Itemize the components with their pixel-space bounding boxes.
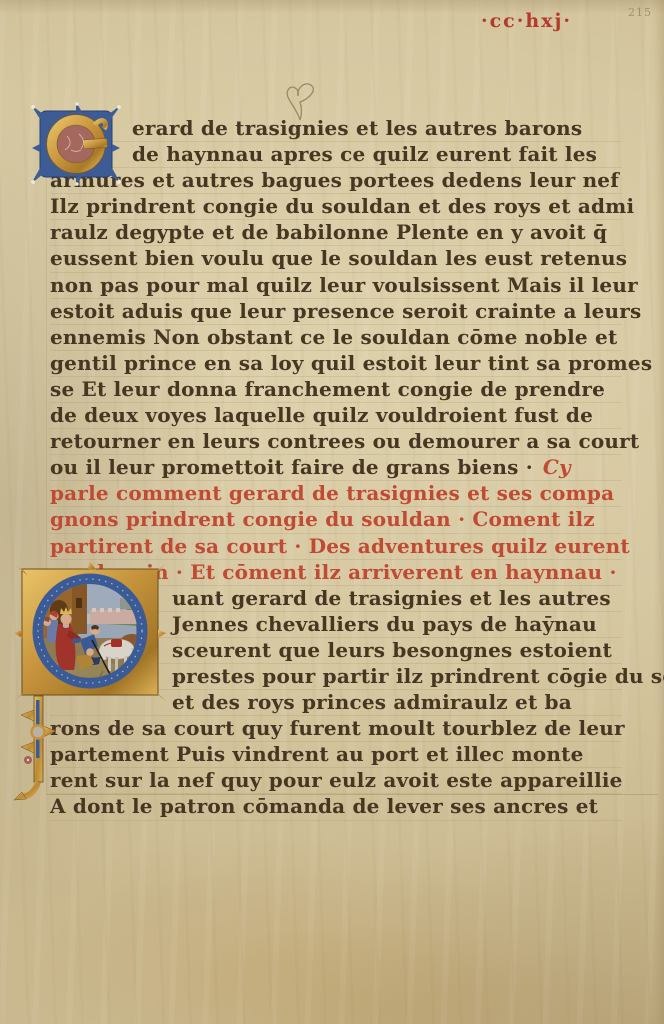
text-line: erard de trasignies et les autres barons <box>50 116 622 142</box>
ruling-horizontal <box>46 794 658 795</box>
illuminated-initial-g <box>31 105 121 185</box>
initial-q-tail-flourish <box>14 696 64 804</box>
text-block: erard de trasignies et les autres barons… <box>50 116 622 821</box>
line-text: de haynnau apres ce quilz eurent fait le… <box>132 142 597 166</box>
line-text: et des roys princes admiraulz et ba <box>172 690 572 714</box>
rubric-line: gnons prindrent congie du souldan · Come… <box>50 507 622 533</box>
text-line: retourner en leurs contrees ou demourer … <box>50 429 622 455</box>
text-line: A dont le patron cōmanda de lever ses a… <box>50 794 622 820</box>
line-text: partirent de sa court · Des adventures q… <box>50 534 630 558</box>
line-text: uant gerard de trasignies et les autres <box>172 586 611 610</box>
text-line: rent sur la nef quy pour eulz avoit este… <box>50 768 622 794</box>
historiated-initial-q <box>14 564 166 702</box>
line-text: prestes pour partir ilz prindrent cōgie… <box>172 664 664 688</box>
rubric-suffix: Cy <box>533 455 571 479</box>
line-text: sceurent que leurs besongnes estoient <box>172 638 612 662</box>
text-line: de haynnau apres ce quilz eurent fait le… <box>50 142 622 168</box>
text-line: se Et leur donna franchement congie de p… <box>50 377 622 403</box>
line-text: parle comment gerard de trasignies et se… <box>50 481 614 505</box>
text-line: raulz degypte et de babilonne Plente en … <box>50 220 622 246</box>
line-text: raulz degypte et de babilonne Plente en … <box>50 220 607 244</box>
rubric-line: parle comment gerard de trasignies et se… <box>50 481 622 507</box>
pencil-foliation: 215 <box>628 6 652 19</box>
line-text: gentil prince en sa loy quil estoit leur… <box>50 351 652 375</box>
text-line: ou il leur promettoit faire de grans bie… <box>50 455 622 481</box>
line-text: retourner en leurs contrees ou demourer … <box>50 429 639 453</box>
q-tail-art <box>14 696 64 804</box>
rubric-line: partirent de sa court · Des adventures q… <box>50 534 622 560</box>
line-text: A dont le patron cōmanda de lever ses a… <box>50 794 598 818</box>
text-line: estoit aduis que leur presence seroit cr… <box>50 299 622 325</box>
line-text: Ilz prindrent congie du souldan et des r… <box>50 194 634 218</box>
manuscript-page: ·cc·hxj· 215 erard de trasignies et les … <box>0 0 664 1024</box>
line-text: Jennes chevalliers du pays de haȳnau <box>172 612 597 636</box>
line-text: se Et leur donna franchement congie de p… <box>50 377 605 401</box>
line-text: rent sur la nef quy pour eulz avoit este… <box>50 768 623 792</box>
line-text: partement Puis vindrent au port et illec… <box>50 742 584 766</box>
line-text: rons de sa court quy furent moult tourbl… <box>50 716 625 740</box>
line-text: estoit aduis que leur presence seroit cr… <box>50 299 641 323</box>
folio-number: ·cc·hxj· <box>481 10 572 32</box>
text-line: gentil prince en sa loy quil estoit leur… <box>50 351 622 377</box>
line-text: erard de trasignies et les autres barons <box>132 116 582 140</box>
text-line: eussent bien voulu que le souldan les eu… <box>50 246 622 272</box>
line-text: armures et autres bagues portees dedens … <box>50 168 619 192</box>
line-text: eussent bien voulu que le souldan les eu… <box>50 246 627 270</box>
line-text: gnons prindrent congie du souldan · Come… <box>50 507 595 531</box>
initial-g-art <box>31 105 121 185</box>
text-line: ennemis Non obstant ce le souldan cōme … <box>50 325 622 351</box>
line-text: ennemis Non obstant ce le souldan cōme … <box>50 325 617 349</box>
line-text: de deux voyes laquelle quilz vouldroient… <box>50 403 593 427</box>
line-text: non pas pour mal quilz leur voulsissent … <box>50 273 638 297</box>
text-line: de deux voyes laquelle quilz vouldroient… <box>50 403 622 429</box>
text-line: partement Puis vindrent au port et illec… <box>50 742 622 768</box>
text-line: non pas pour mal quilz leur voulsissent … <box>50 273 622 299</box>
text-line: Ilz prindrent congie du souldan et des r… <box>50 194 622 220</box>
line-text: ou il leur promettoit faire de grans bie… <box>50 455 533 479</box>
parchment-edge-shade <box>654 0 664 1024</box>
text-line: rons de sa court quy furent moult tourbl… <box>50 716 622 742</box>
initial-q-miniature <box>14 564 166 702</box>
text-line: armures et autres bagues portees dedens … <box>50 168 622 194</box>
